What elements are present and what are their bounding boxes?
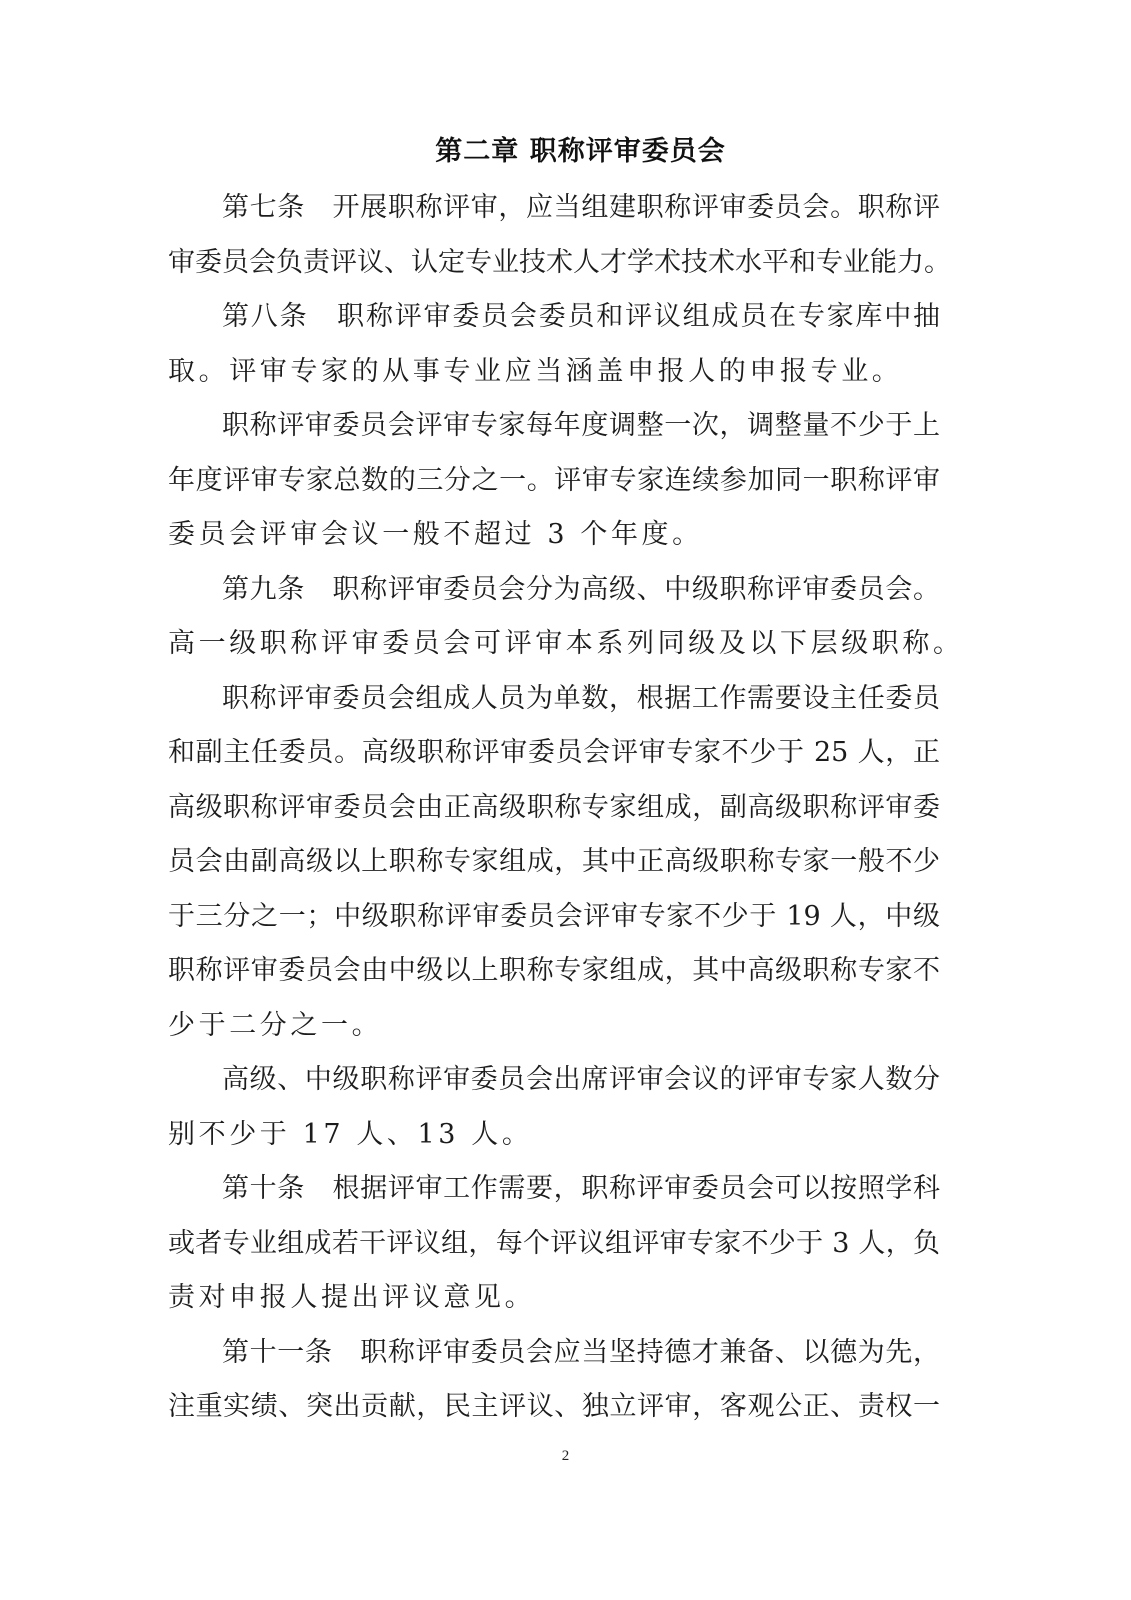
- text-line: 委员会评审会议一般不超过 3 个年度。: [168, 515, 940, 555]
- text-line: 高级、中级职称评审委员会出席评审会议的评审专家人数分: [222, 1060, 940, 1100]
- chapter-title: 第二章 职称评审委员会: [0, 132, 1131, 172]
- text-line: 和副主任委员。高级职称评审委员会评审专家不少于 25 人，正: [168, 733, 940, 773]
- text-line: 审委员会负责评议、认定专业技术人才学术技术水平和专业能力。: [168, 243, 940, 283]
- text-line: 年度评审专家总数的三分之一。评审专家连续参加同一职称评审: [168, 461, 940, 501]
- text-line: 少于二分之一。: [168, 1006, 940, 1046]
- text-line: 第九条 职称评审委员会分为高级、中级职称评审委员会。: [222, 570, 940, 610]
- text-line: 职称评审委员会评审专家每年度调整一次，调整量不少于上: [222, 406, 940, 446]
- text-line: 别不少于 17 人、13 人。: [168, 1115, 940, 1155]
- text-line: 第十条 根据评审工作需要，职称评审委员会可以按照学科: [222, 1169, 940, 1209]
- text-line: 于三分之一；中级职称评审委员会评审专家不少于 19 人，中级: [168, 897, 940, 937]
- text-line: 高级职称评审委员会由正高级职称专家组成，副高级职称评审委: [168, 788, 940, 828]
- text-line: 取。评审专家的从事专业应当涵盖申报人的申报专业。: [168, 352, 940, 392]
- page-number: 2: [0, 1448, 1131, 1465]
- text-line: 员会由副高级以上职称专家组成，其中正高级职称专家一般不少: [168, 842, 940, 882]
- text-line: 职称评审委员会由中级以上职称专家组成，其中高级职称专家不: [168, 951, 940, 991]
- text-line: 第七条 开展职称评审，应当组建职称评审委员会。职称评: [222, 188, 940, 228]
- text-line: 第八条 职称评审委员会委员和评议组成员在专家库中抽: [222, 297, 940, 337]
- text-line: 第十一条 职称评审委员会应当坚持德才兼备、以德为先，: [222, 1333, 940, 1373]
- text-line: 注重实绩、突出贡献，民主评议、独立评审，客观公正、责权一: [168, 1387, 940, 1427]
- document-page: 第二章 职称评审委员会 第七条 开展职称评审，应当组建职称评审委员会。职称评 审…: [0, 0, 1131, 1600]
- text-line: 职称评审委员会组成人员为单数，根据工作需要设主任委员: [222, 679, 940, 719]
- text-line: 高一级职称评审委员会可评审本系列同级及以下层级职称。: [168, 624, 940, 664]
- text-line: 责对申报人提出评议意见。: [168, 1278, 940, 1318]
- text-line: 或者专业组成若干评议组，每个评议组评审专家不少于 3 人，负: [168, 1224, 940, 1264]
